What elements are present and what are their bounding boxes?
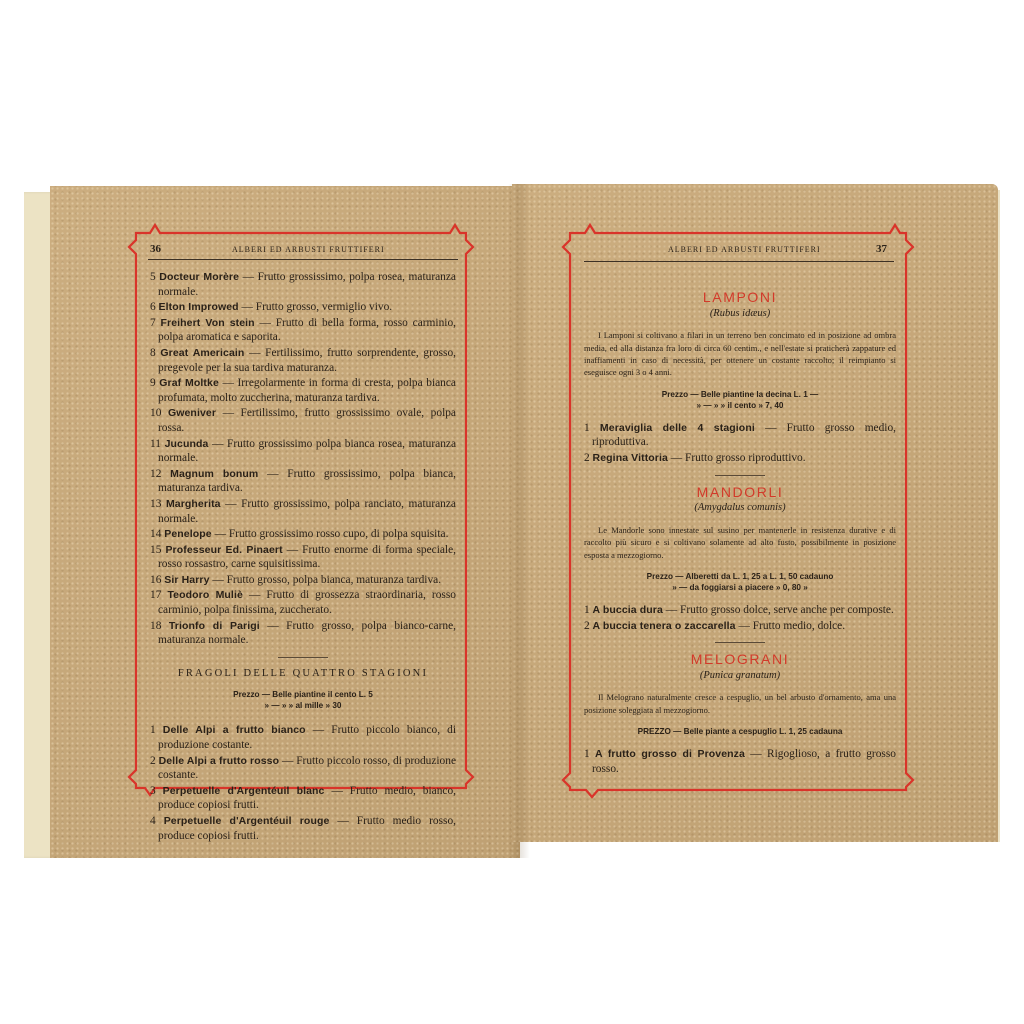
entry-description: — Frutto grosso, polpa bianca, maturanza… xyxy=(210,574,442,586)
entry-name: Sir Harry xyxy=(164,574,209,586)
entry-name: Trionfo di Parigi xyxy=(169,620,260,632)
entry-number: 4 xyxy=(150,815,164,827)
list-item: 16 Sir Harry — Frutto grosso, polpa bian… xyxy=(150,573,456,588)
section-paragraph: Il Melograno naturalmente cresce a cespu… xyxy=(584,691,896,716)
entry-number: 15 xyxy=(150,544,165,556)
entry-name: Docteur Morère xyxy=(159,271,239,283)
spacer xyxy=(584,737,896,747)
list-item: 13 Margherita — Frutto grossissimo, polp… xyxy=(150,497,456,526)
list-item: 18 Trionfo di Parigi — Frutto grosso, po… xyxy=(150,619,456,648)
entry-description: — Frutto medio, dolce. xyxy=(736,620,845,632)
list-item: 12 Magnum bonum — Frutto grossissimo, po… xyxy=(150,467,456,496)
running-head-right: Alberi ed Arbusti Fruttiferi xyxy=(668,245,821,254)
entry-number: 2 xyxy=(150,755,159,767)
entry-number: 1 xyxy=(584,422,600,434)
list-item: 10 Gweniver — Fertilissimo, frutto gross… xyxy=(150,406,456,435)
list-item: 2 A buccia tenera o zaccarella — Frutto … xyxy=(584,619,896,634)
list-item: 1 Delle Alpi a frutto bianco — Frutto pi… xyxy=(150,723,456,752)
list-item: 2 Delle Alpi a frutto rosso — Frutto pic… xyxy=(150,754,456,783)
entry-name: A frutto grosso di Provenza xyxy=(595,748,745,760)
entry-number: 17 xyxy=(150,589,167,601)
book-spine xyxy=(508,184,530,858)
spacer xyxy=(584,411,896,421)
header-rule-right xyxy=(584,261,894,262)
list-item: 5 Docteur Morère — Frutto grossissimo, p… xyxy=(150,270,456,299)
entry-number: 11 xyxy=(150,438,165,450)
price-line: » — » » al mille » 30 xyxy=(150,700,456,711)
entry-name: Magnum bonum xyxy=(170,468,258,480)
entry-name: Jucunda xyxy=(165,438,209,450)
entry-name: Perpetuelle d'Argentéuil rouge xyxy=(164,815,330,827)
list-item: 1 A buccia dura — Frutto grosso dolce, s… xyxy=(584,603,896,618)
section-paragraph: I Lamponi si coltivano a filari in un te… xyxy=(584,329,896,379)
list-item: 1 Meraviglia delle 4 stagioni — Frutto g… xyxy=(584,421,896,450)
entry-name: Regina Vittoria xyxy=(593,452,668,464)
entry-number: 1 xyxy=(150,724,163,736)
entry-description: — Frutto grosso, vermiglio vivo. xyxy=(239,301,392,313)
page-number-right: 37 xyxy=(876,243,887,255)
entry-number: 14 xyxy=(150,528,164,540)
latin-name: (Punica granatum) xyxy=(584,669,896,684)
entry-name: A buccia tenera o zaccarella xyxy=(593,620,736,632)
entry-name: Margherita xyxy=(166,498,221,510)
list-item: 14 Penelope — Frutto grossissimo rosso c… xyxy=(150,527,456,542)
section-title: MELOGRANI xyxy=(584,652,896,667)
header-rule-left xyxy=(148,259,458,260)
entry-name: Graf Moltke xyxy=(159,377,219,389)
entry-number: 2 xyxy=(584,452,593,464)
left-entries-list: 5 Docteur Morère — Frutto grossissimo, p… xyxy=(150,270,456,648)
latin-name: (Amygdalus comunis) xyxy=(584,501,896,516)
entry-name: Teodoro Muliè xyxy=(167,589,242,601)
entry-description: — Frutto grossissimo rosso cupo, di polp… xyxy=(212,528,449,540)
price-line: » — » » il cento » 7, 40 xyxy=(584,400,896,411)
list-item: 17 Teodoro Muliè — Frutto di grossezza s… xyxy=(150,588,456,617)
entry-number: 16 xyxy=(150,574,164,586)
page-number-left: 36 xyxy=(150,243,161,255)
list-item: 7 Freihert Von stein — Frutto di bella f… xyxy=(150,316,456,345)
entry-number: 8 xyxy=(150,347,160,359)
entry-name: A buccia dura xyxy=(593,604,663,616)
entry-name: Delle Alpi a frutto bianco xyxy=(163,724,306,736)
entry-description: — Frutto grosso dolce, serve anche per c… xyxy=(663,604,894,616)
entry-name: Freihert Von stein xyxy=(161,317,255,329)
list-item: 15 Professeur Ed. Pinaert — Frutto enorm… xyxy=(150,543,456,572)
entry-name: Professeur Ed. Pinaert xyxy=(165,544,282,556)
entry-number: 6 xyxy=(150,301,159,313)
entry-name: Gweniver xyxy=(168,407,216,419)
fragoli-entries-list: 1 Delle Alpi a frutto bianco — Frutto pi… xyxy=(150,723,456,843)
list-item: 6 Elton Improwed — Frutto grosso, vermig… xyxy=(150,300,456,315)
section-title-fragoli: Fragoli delle quattro stagioni xyxy=(150,667,456,682)
price-line: PREZZO — Belle piante a cespuglio L. 1, … xyxy=(584,726,896,737)
entry-number: 1 xyxy=(584,748,595,760)
price-line: Prezzo — Belle piantine la decina L. 1 — xyxy=(584,389,896,400)
price-line: Prezzo — Alberetti da L. 1, 25 a L. 1, 5… xyxy=(584,571,896,582)
list-item: 3 Perpetuelle d'Argentéuil blanc — Frutt… xyxy=(150,784,456,813)
entry-number: 2 xyxy=(584,620,593,632)
entry-number: 18 xyxy=(150,620,169,632)
list-item: 4 Perpetuelle d'Argentéuil rouge — Frutt… xyxy=(150,814,456,843)
left-page-body: 5 Docteur Morère — Frutto grossissimo, p… xyxy=(150,270,456,844)
entry-name: Penelope xyxy=(164,528,211,540)
section-title: MANDORLI xyxy=(584,485,896,500)
section-paragraph: Le Mandorle sono innestate sul susino pe… xyxy=(584,524,896,561)
entry-number: 5 xyxy=(150,271,159,283)
entry-name: Delle Alpi a frutto rosso xyxy=(159,755,280,767)
section-title: LAMPONI xyxy=(584,290,896,305)
spacer xyxy=(584,593,896,603)
right-page-body: LAMPONI(Rubus idæus)I Lamponi si coltiva… xyxy=(584,286,896,777)
list-item: 8 Great Americain — Fertilissimo, frutto… xyxy=(150,346,456,375)
list-item: 9 Graf Moltke — Irregolarmente in forma … xyxy=(150,376,456,405)
entry-number: 7 xyxy=(150,317,161,329)
entry-number: 13 xyxy=(150,498,166,510)
section-divider xyxy=(715,475,765,476)
entry-name: Meraviglia delle 4 stagioni xyxy=(600,422,755,434)
list-item: 11 Jucunda — Frutto grossissimo polpa bi… xyxy=(150,437,456,466)
entry-number: 1 xyxy=(584,604,593,616)
latin-name: (Rubus idæus) xyxy=(584,307,896,322)
entry-number: 10 xyxy=(150,407,168,419)
entry-name: Great Americain xyxy=(160,347,244,359)
entry-number: 9 xyxy=(150,377,159,389)
entry-number: 3 xyxy=(150,785,163,797)
list-item: 1 A frutto grosso di Provenza — Rigoglio… xyxy=(584,747,896,776)
entry-description: — Frutto grosso riproduttivo. xyxy=(668,452,806,464)
section-divider xyxy=(278,657,328,658)
list-item: 2 Regina Vittoria — Frutto grosso riprod… xyxy=(584,451,896,466)
price-line: » — da foggiarsi a piacere » 0, 80 » xyxy=(584,582,896,593)
entry-name: Perpetuelle d'Argentéuil blanc xyxy=(163,785,325,797)
entry-number: 12 xyxy=(150,468,170,480)
section-divider xyxy=(715,642,765,643)
running-head-left: Alberi ed Arbusti Fruttiferi xyxy=(232,245,385,254)
price-line: Prezzo — Belle piantine il cento L. 5 xyxy=(150,689,456,700)
entry-name: Elton Improwed xyxy=(159,301,239,313)
